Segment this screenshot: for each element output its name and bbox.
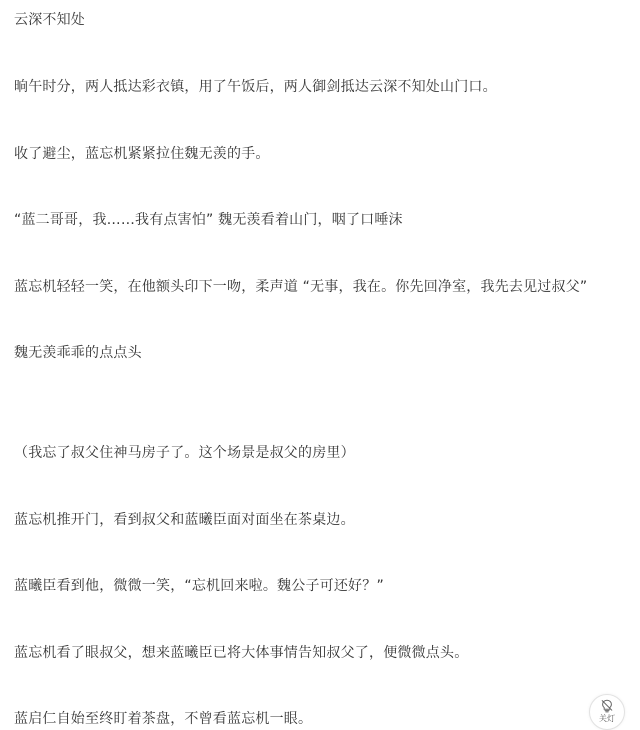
paragraph-author-note: （我忘了叔父住神马房子了。这个场景是叔父的房里） bbox=[14, 443, 355, 463]
paragraph: 蓝忘机看了眼叔父，想来蓝曦臣已将大体事情告知叔父了，便微微点头。 bbox=[14, 643, 468, 663]
paragraph: 魏无羡乖乖的点点头 bbox=[14, 343, 142, 363]
lights-off-button[interactable]: 关灯 bbox=[589, 694, 625, 730]
paragraph: 晌午时分，两人抵达彩衣镇，用了午饭后，两人御剑抵达云深不知处山门口。 bbox=[14, 77, 497, 97]
paragraph: 收了避尘，蓝忘机紧紧拉住魏无羡的手。 bbox=[14, 144, 270, 164]
paragraph: 蓝忘机推开门，看到叔父和蓝曦臣面对面坐在茶桌边。 bbox=[14, 510, 355, 530]
paragraph: 蓝忘机轻轻一笑，在他额头印下一吻，柔声道 “无事，我在。你先回净室，我先去见过叔… bbox=[14, 277, 587, 297]
paragraph: 蓝启仁自始至终盯着茶盘，不曾看蓝忘机一眼。 bbox=[14, 709, 312, 729]
article-title-line: 云深不知处 bbox=[14, 10, 85, 30]
paragraph: “蓝二哥哥，我……我有点害怕” 魏无羡看着山门，咽了口唾沫 bbox=[14, 210, 403, 230]
paragraph: 蓝曦臣看到他，微微一笑，“忘机回来啦。魏公子可还好？” bbox=[14, 576, 384, 596]
lightbulb-off-icon bbox=[600, 699, 614, 713]
lights-off-label: 关灯 bbox=[599, 714, 615, 724]
